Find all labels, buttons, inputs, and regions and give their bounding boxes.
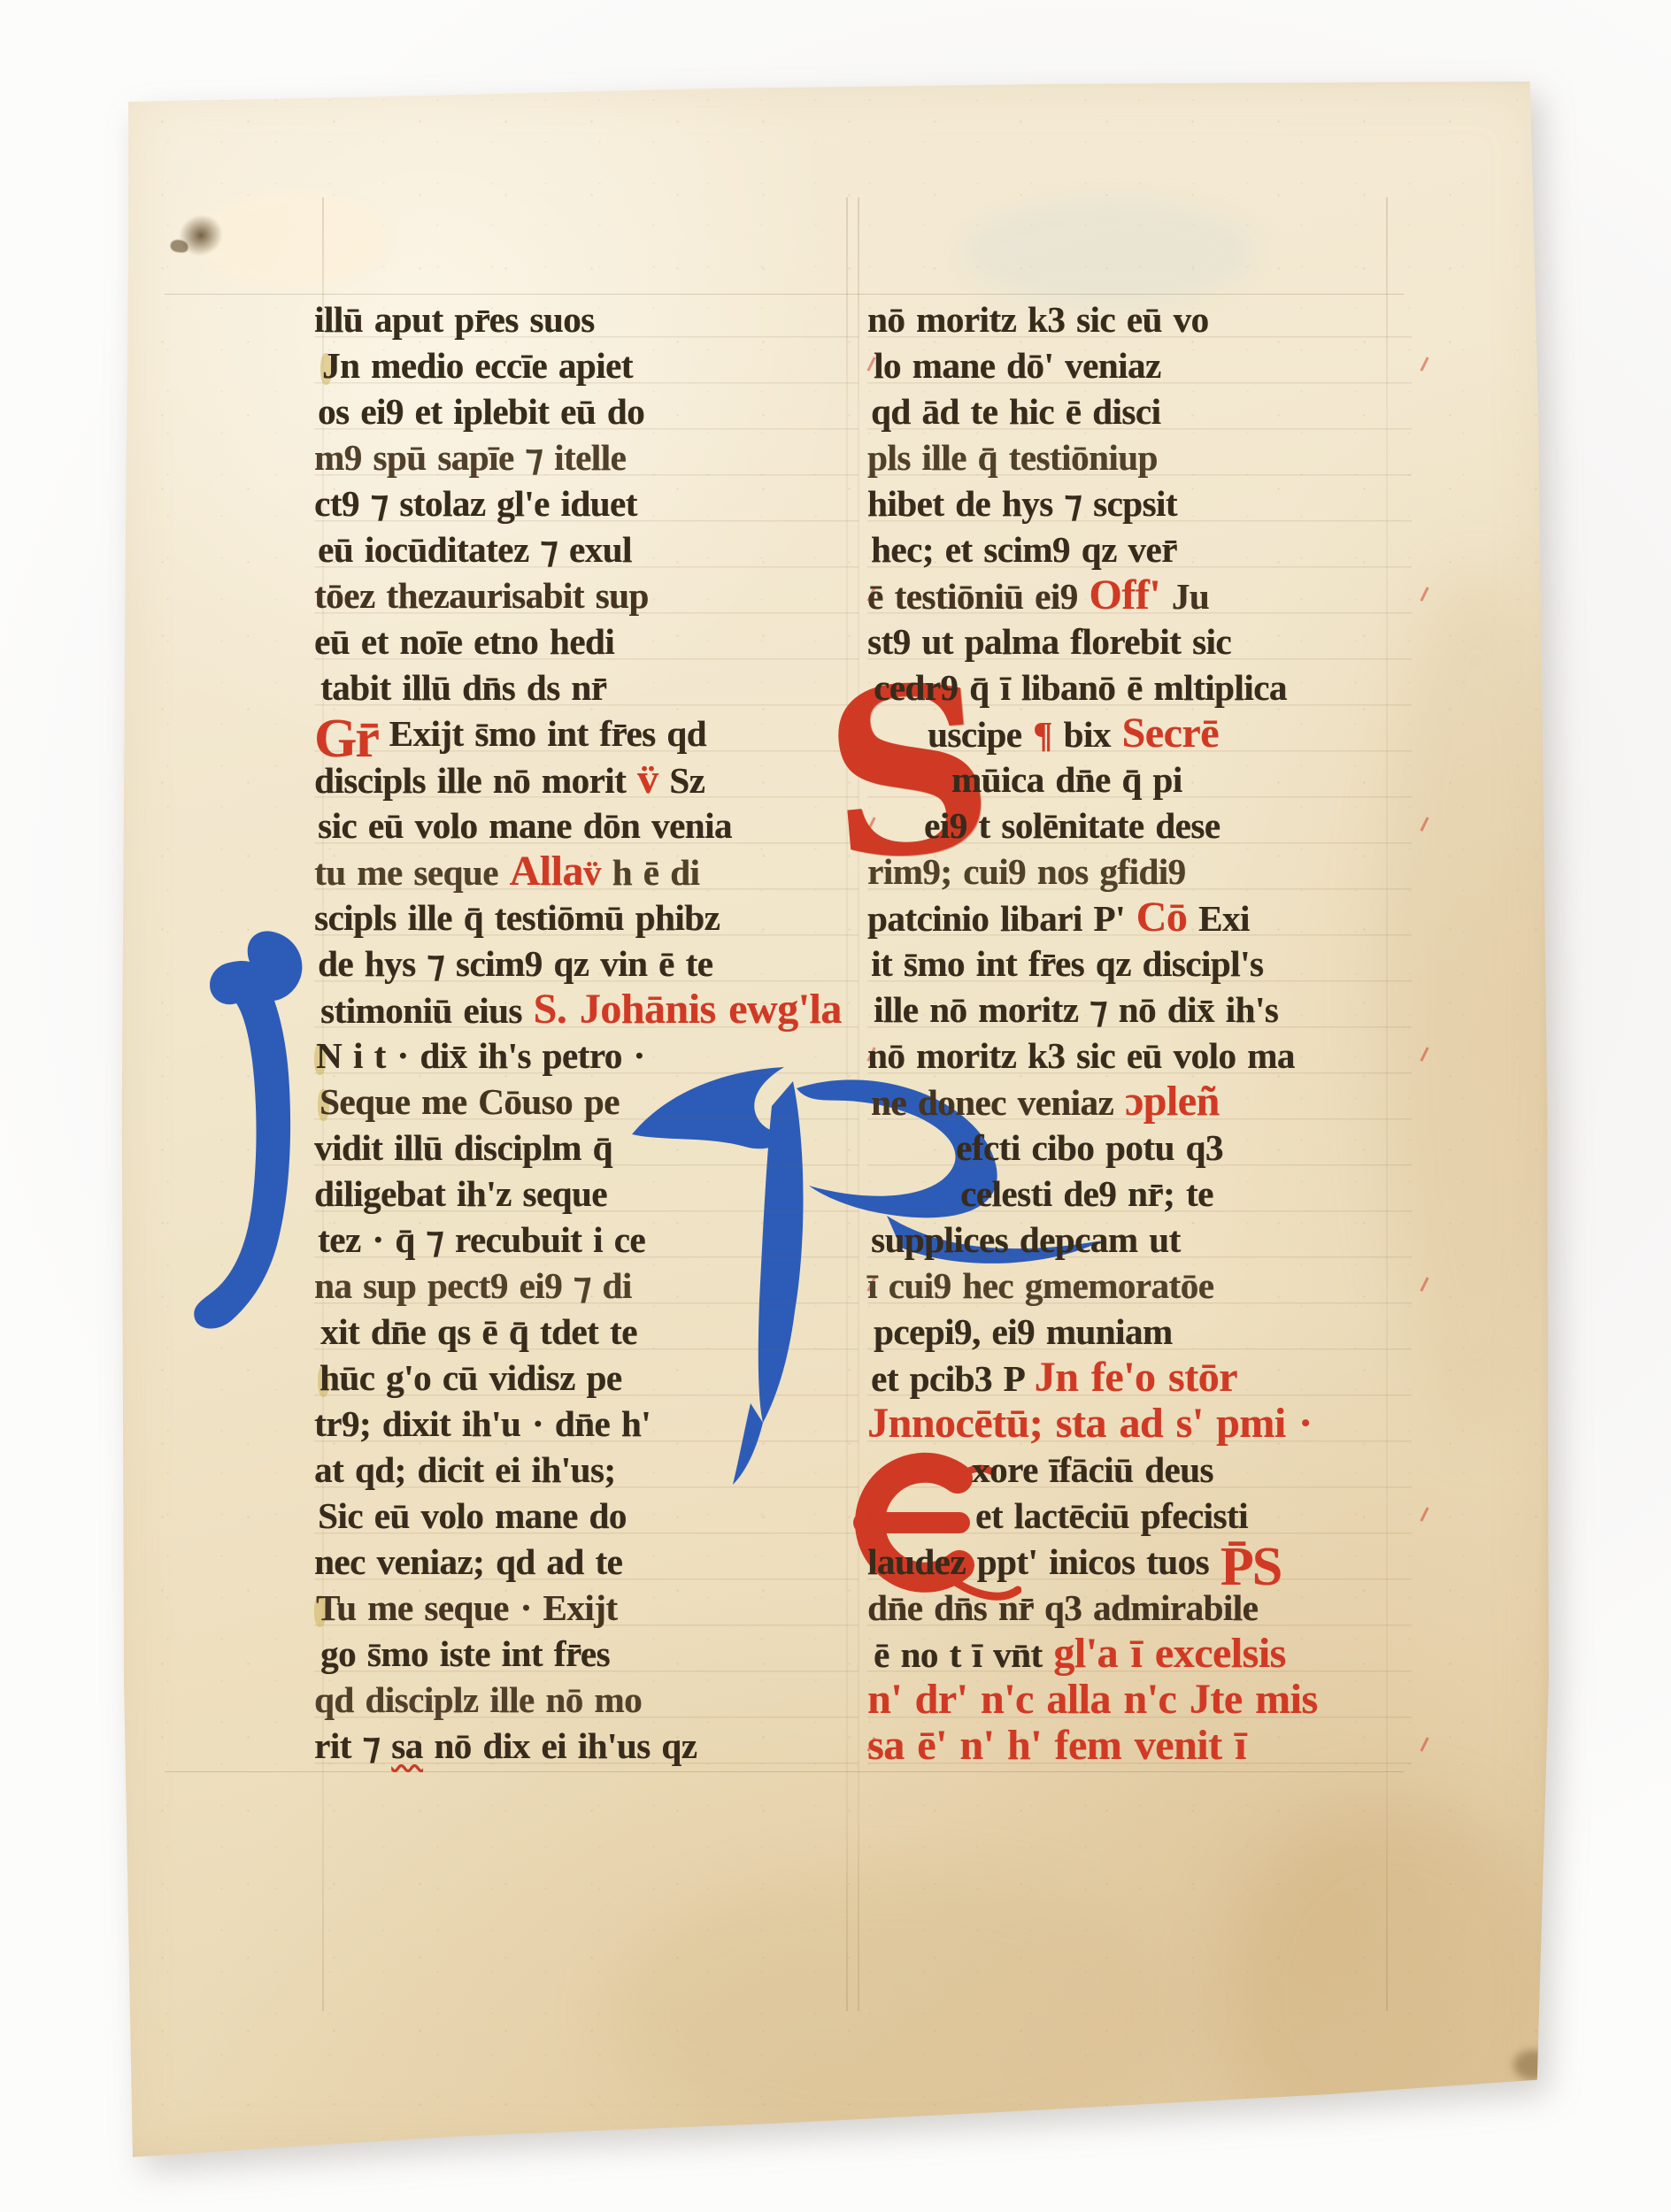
- text-line: et pcib3 P Jn fe'o stōr: [871, 1355, 1412, 1401]
- text-line: dn̄e dn̄s nr̄ q3 admirabile: [867, 1585, 1412, 1631]
- body-text: sa: [391, 1725, 422, 1766]
- body-text: Seque me Cōuso pe: [320, 1081, 620, 1122]
- body-text: na sup pect9 ei9 ⁊ di: [314, 1265, 632, 1306]
- body-text: Jn medio eccīe apiet: [322, 345, 633, 386]
- body-text: m9 spū sapīe ⁊ itelle: [314, 437, 626, 478]
- text-line: ne donec veniaz ɔpleñ: [871, 1079, 1412, 1125]
- text-line: os ei9 et iplebit eū do: [318, 388, 859, 434]
- text-line: qd ād te hic ē disci: [871, 388, 1412, 434]
- text-line: ille nō moritz ⁊ nō dix̄ ih's: [874, 987, 1412, 1033]
- rubric-text: Jn fe'o stōr: [1035, 1354, 1237, 1401]
- body-text: cedr9 q̄ ī libanō ē mltiplica: [874, 667, 1287, 708]
- body-text: discipls ille nō morit: [314, 760, 637, 801]
- vellum-stain: [963, 199, 1255, 305]
- body-text: xit dn̄e qs ē q̄ tdet te: [320, 1311, 637, 1352]
- text-line: it s̄mo int fr̄es qz discipl's: [871, 941, 1412, 987]
- text-line: tu me seque Allav̈ h ē di: [314, 849, 859, 895]
- body-text: Ju: [1160, 576, 1209, 617]
- body-text: tōez thezaurisabit sup: [314, 575, 649, 616]
- body-text: uscipe: [928, 714, 1033, 755]
- rubric-text: ¶: [1033, 714, 1052, 755]
- text-line: uscipe ¶ bix Secrē: [867, 710, 1412, 757]
- text-line: tōez thezaurisabit sup: [314, 572, 859, 618]
- manuscript-leaf: S illū aput pr̄es suosJn medio eccīe api…: [113, 75, 1552, 2163]
- ruling-line-horizontal: [165, 1771, 1404, 1772]
- body-text: ne donec veniaz: [871, 1082, 1125, 1123]
- text-line: lo mane dō' veniaz: [874, 342, 1412, 388]
- text-line: patcinio libari P' Cō Exi: [867, 895, 1412, 941]
- body-text: eū iocūditatez ⁊ exul: [318, 529, 632, 570]
- rubric-text: gl'a ī excelsis: [1053, 1630, 1285, 1677]
- body-text: tr9; dixit ih'u · dn̄e h': [314, 1403, 651, 1444]
- text-line: supplices depcam ut: [871, 1217, 1412, 1263]
- body-text: qd disciplz ille nō mo: [314, 1679, 642, 1720]
- rubric-text: Secrē: [1121, 710, 1218, 757]
- rubric-text: sa ē' n' h' fem venit ī: [867, 1722, 1246, 1769]
- text-line: celesti de9 nr̄; te: [867, 1171, 1412, 1217]
- body-text: diligebat ih'z seque: [314, 1173, 607, 1214]
- text-line: qd disciplz ille nō mo: [314, 1677, 859, 1723]
- text-line: xit dn̄e qs ē q̄ tdet te: [320, 1309, 859, 1355]
- body-text: de hys ⁊ scim9 qz vin ē te: [318, 943, 712, 984]
- body-text: nec veniaz; qd ad te: [314, 1541, 622, 1582]
- rubric-text: n' dr' n'c alla n'c Jte mis: [867, 1676, 1318, 1723]
- body-text: stimoniū eius: [320, 990, 534, 1031]
- text-line: st9 ut palma florebit sic: [867, 618, 1412, 664]
- text-line: Gr̄ Exijt s̄mo int fr̄es qd: [314, 710, 859, 757]
- text-line: pls ille q̄ testiōniup: [867, 434, 1412, 480]
- text-line: hūc g'o cū vidisz pe: [318, 1355, 859, 1401]
- text-line: go s̄mo iste int fr̄es: [320, 1631, 859, 1677]
- manuscript-leaf-wrap: S illū aput pr̄es suosJn medio eccīe api…: [113, 75, 1552, 2163]
- rubric-text: Jnnocētū; sta ad s' pmi ·: [867, 1400, 1313, 1447]
- body-text: vidit illū disciplm q̄: [314, 1127, 612, 1168]
- text-line: n' dr' n'c alla n'c Jte mis: [867, 1677, 1412, 1723]
- body-text: hibet de hys ⁊ scpsit: [867, 483, 1177, 524]
- body-text: supplices depcam ut: [871, 1219, 1181, 1260]
- body-text: pcepi9, ei9 muniam: [874, 1311, 1173, 1352]
- text-line: eū iocūditatez ⁊ exul: [318, 526, 859, 572]
- ink-blot: [173, 209, 228, 261]
- illuminated-initial-I-blue-icon: [193, 873, 317, 1373]
- body-text: nō moritz k3 sic eū volo ma: [867, 1035, 1295, 1076]
- text-line: et lactēciū pfecisti: [871, 1493, 1412, 1539]
- rubric-text: Alla: [510, 848, 583, 895]
- body-text: it s̄mo int fr̄es qz discipl's: [871, 943, 1263, 984]
- text-line: ei9 t solēnitate dese: [871, 803, 1412, 849]
- body-text: celesti de9 nr̄; te: [960, 1173, 1213, 1214]
- body-text: pls ille q̄ testiōniup: [867, 437, 1158, 478]
- rubric-text: Cō: [1136, 894, 1188, 941]
- body-text: Exijt s̄mo int fr̄es qd: [378, 713, 706, 754]
- text-line: na sup pect9 ei9 ⁊ di: [314, 1263, 859, 1309]
- body-text: N i t · dix̄ ih's petro ·: [316, 1035, 645, 1076]
- text-line: cedr9 q̄ ī libanō ē mltiplica: [874, 664, 1412, 710]
- text-line: N i t · dix̄ ih's petro ·: [314, 1033, 859, 1079]
- rubric-text: S. Johānis ewg'la: [534, 986, 842, 1033]
- text-line: ē testiōniū ei9 Off' Ju: [867, 572, 1412, 618]
- text-line: Jn medio eccīe apiet: [320, 342, 859, 388]
- body-text: ille nō moritz ⁊ nō dix̄ ih's: [874, 989, 1278, 1030]
- vellum-stain: [609, 1871, 1175, 2154]
- text-line: m9 spū sapīe ⁊ itelle: [314, 434, 859, 480]
- body-text: efcti cibo potu q3: [956, 1127, 1223, 1168]
- body-text: tez · q̄ ⁊ recubuit i ce: [318, 1219, 645, 1260]
- rubric-text: Off': [1089, 572, 1160, 618]
- body-text: sic eū volo mane dōn venia: [318, 805, 732, 846]
- text-line: Sic eū volo mane do: [318, 1493, 859, 1539]
- body-text: eū et noīe etno hedi: [314, 621, 614, 662]
- text-line: illū aput pr̄es suos: [314, 296, 859, 342]
- text-line: rim9; cui9 nos gfidi9: [867, 849, 1412, 895]
- text-line: tabit illū dn̄s ds nr̄: [320, 664, 859, 710]
- body-text: tabit illū dn̄s ds nr̄: [320, 667, 606, 708]
- text-line: sa ē' n' h' fem venit ī: [867, 1723, 1412, 1769]
- body-text: st9 ut palma florebit sic: [867, 621, 1231, 662]
- body-text: scipls ille q̄ testiōmū phibz: [314, 897, 720, 938]
- body-text: nō dix ei ih'us qz: [423, 1725, 697, 1766]
- body-text: ē testiōniū ei9: [867, 576, 1089, 617]
- body-text: os ei9 et iplebit eū do: [318, 391, 644, 432]
- ruling-line-horizontal: [165, 294, 1404, 295]
- text-line: vidit illū disciplm q̄: [314, 1125, 859, 1171]
- body-text: nō moritz k3 sic eū vo: [867, 299, 1209, 340]
- text-line: nec veniaz; qd ad te: [314, 1539, 859, 1585]
- body-text: bix: [1052, 714, 1122, 755]
- text-line: Tu me seque · Exijt: [314, 1585, 859, 1631]
- body-text: go s̄mo iste int fr̄es: [320, 1633, 610, 1674]
- body-text: patcinio libari P': [867, 898, 1136, 939]
- text-line: stimoniū eius S. Johānis ewg'la: [320, 987, 859, 1033]
- text-line: ē no t ī vn̄t gl'a ī excelsis: [874, 1631, 1412, 1677]
- text-line: rit ⁊ sa nō dix ei ih'us qz: [314, 1723, 859, 1769]
- body-text: lo mane dō' veniaz: [874, 345, 1161, 386]
- vellum-stain: [1220, 1801, 1565, 2181]
- body-text: rit ⁊: [314, 1725, 391, 1766]
- text-line: Seque me Cōuso pe: [318, 1079, 859, 1125]
- body-text: dn̄e dn̄s nr̄ q3 admirabile: [867, 1587, 1258, 1628]
- vellum-stain: [198, 192, 389, 288]
- text-column-right: nō moritz k3 sic eū volo mane dō' veniaz…: [867, 296, 1412, 1769]
- text-line: tez · q̄ ⁊ recubuit i ce: [318, 1217, 859, 1263]
- text-line: sic eū volo mane dōn venia: [318, 803, 859, 849]
- text-line: diligebat ih'z seque: [314, 1171, 859, 1217]
- rubric-text: v̈: [583, 852, 601, 893]
- body-text: h ē di: [601, 852, 699, 893]
- body-text: at qd; dicit ei ih'us;: [314, 1449, 615, 1490]
- body-text: rim9; cui9 nos gfidi9: [867, 851, 1186, 892]
- text-line: efcti cibo potu q3: [867, 1125, 1412, 1171]
- body-text: Tu me seque · Exijt: [316, 1587, 617, 1628]
- text-line: ī cui9 hec gmemoratōe: [867, 1263, 1412, 1309]
- text-line: eū et noīe etno hedi: [314, 618, 859, 664]
- rubric-text: ɔpleñ: [1125, 1078, 1220, 1125]
- text-line: mūica dn̄e q̄ pi: [867, 757, 1412, 803]
- vellum-stain: [1513, 2050, 1554, 2080]
- text-line: discipls ille nō morit v̈ Sz: [314, 757, 859, 803]
- body-text: ct9 ⁊ stolaz gl'e iduet: [314, 483, 637, 524]
- body-text: Exi: [1187, 898, 1250, 939]
- text-line: hec; et scim9 qz ver̄: [871, 526, 1412, 572]
- text-column-left: illū aput pr̄es suosJn medio eccīe apiet…: [314, 296, 859, 1769]
- body-text: ei9 t solēnitate dese: [924, 805, 1220, 846]
- text-line: xore īfāciū deus: [867, 1447, 1412, 1493]
- body-text: Sic eū volo mane do: [318, 1495, 627, 1536]
- body-text: Sz: [658, 760, 705, 801]
- body-text: xore īfāciū deus: [972, 1449, 1213, 1490]
- text-line: de hys ⁊ scim9 qz vin ē te: [318, 941, 859, 987]
- text-line: nō moritz k3 sic eū vo: [867, 296, 1412, 342]
- text-line: Jnnocētū; sta ad s' pmi ·: [867, 1401, 1412, 1447]
- body-text: ī cui9 hec gmemoratōe: [867, 1265, 1213, 1306]
- body-text: et pcib3 P: [871, 1358, 1035, 1399]
- text-line: nō moritz k3 sic eū volo ma: [867, 1033, 1412, 1079]
- rubric-text: v̈: [637, 756, 658, 803]
- body-text: hec; et scim9 qz ver̄: [871, 529, 1177, 570]
- body-text: et lactēciū pfecisti: [975, 1495, 1248, 1536]
- body-text: ē no t ī vn̄t: [874, 1634, 1053, 1675]
- body-text: hūc g'o cū vidisz pe: [320, 1357, 621, 1398]
- body-text: qd ād te hic ē disci: [871, 391, 1160, 432]
- text-line: scipls ille q̄ testiōmū phibz: [314, 895, 859, 941]
- text-line: pcepi9, ei9 muniam: [874, 1309, 1412, 1355]
- text-line: laudez ppt' inicos tuos P̄S: [867, 1539, 1412, 1585]
- text-line: tr9; dixit ih'u · dn̄e h': [314, 1401, 859, 1447]
- text-line: hibet de hys ⁊ scpsit: [867, 480, 1412, 526]
- body-text: illū aput pr̄es suos: [314, 299, 595, 340]
- body-text: tu me seque: [314, 852, 510, 893]
- text-line: at qd; dicit ei ih'us;: [314, 1447, 859, 1493]
- body-text: mūica dn̄e q̄ pi: [951, 759, 1182, 800]
- text-line: ct9 ⁊ stolaz gl'e iduet: [314, 480, 859, 526]
- body-text: laudez ppt' inicos tuos: [867, 1541, 1221, 1582]
